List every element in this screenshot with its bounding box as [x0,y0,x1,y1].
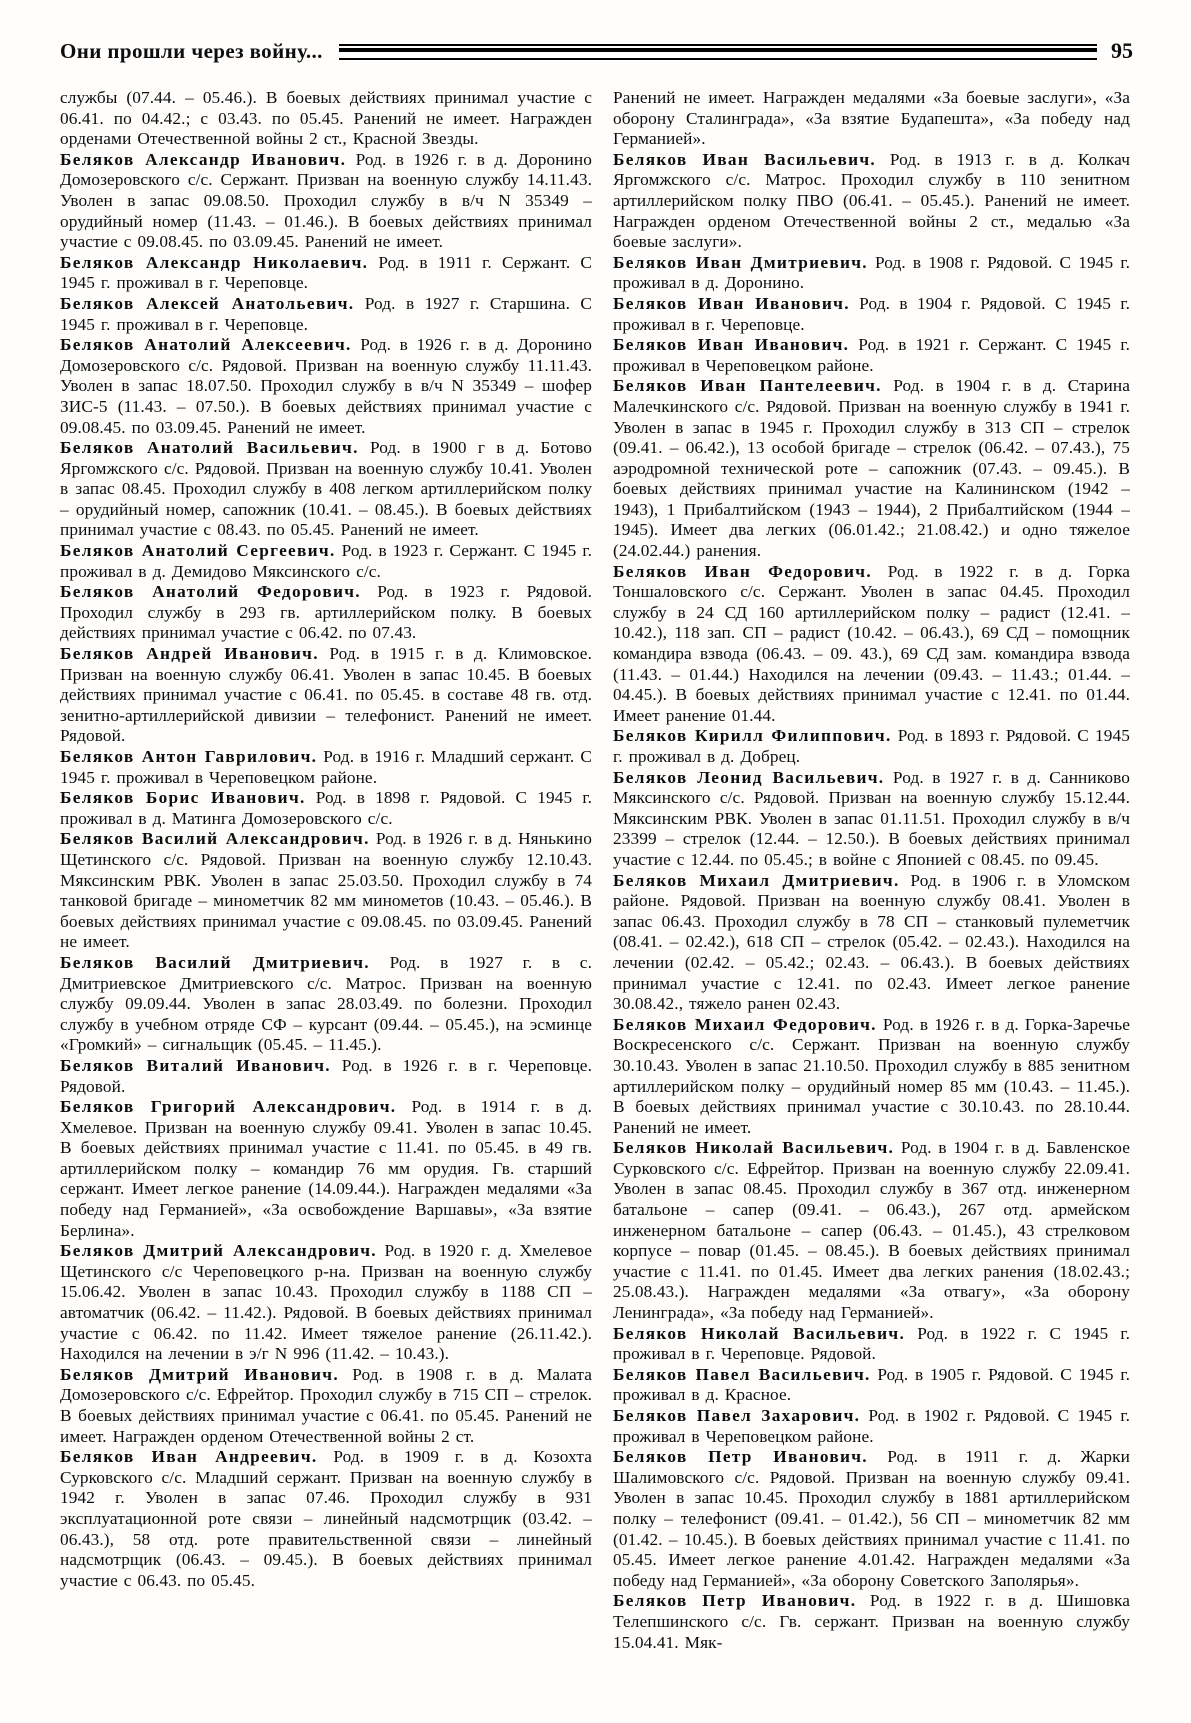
veteran-entry: Беляков Антон Гаврилович. Род. в 1916 г.… [60,747,592,788]
veteran-entry: Беляков Иван Федорович. Род. в 1922 г. в… [613,562,1130,727]
veteran-entry: Беляков Виталий Иванович. Род. в 1926 г.… [60,1056,592,1097]
veteran-entry: Беляков Михаил Федорович. Род. в 1926 г.… [613,1015,1130,1139]
veteran-name: Беляков Василий Александрович. [60,829,370,848]
veteran-entry: Беляков Алексей Анатольевич. Род. в 1927… [60,294,592,335]
veteran-entry: Ранений не имеет. Награжден медалями «За… [613,88,1130,150]
veteran-name: Беляков Борис Иванович. [60,788,306,807]
veteran-entry: Беляков Иван Андреевич. Род. в 1909 г. в… [60,1447,592,1591]
veteran-name: Беляков Иван Иванович. [613,335,849,354]
veteran-name: Беляков Павел Захарович. [613,1406,860,1425]
veteran-entry: Беляков Василий Александрович. Род. в 19… [60,829,592,953]
text-body: службы (07.44. – 05.46.). В боевых дейст… [60,88,1130,1653]
veteran-entry: Беляков Григорий Александрович. Род. в 1… [60,1097,592,1241]
veteran-name: Беляков Николай Васильевич. [613,1324,905,1343]
veteran-name: Беляков Леонид Васильевич. [613,768,884,787]
veteran-entry: Беляков Кирилл Филиппович. Род. в 1893 г… [613,726,1130,767]
running-title: Они прошли через войну... [60,39,323,64]
veteran-name: Беляков Иван Андреевич. [60,1447,318,1466]
veteran-name: Беляков Анатолий Васильевич. [60,438,359,457]
veteran-entry: Беляков Дмитрий Иванович. Род. в 1908 г.… [60,1365,592,1447]
veteran-name: Беляков Василий Дмитриевич. [60,953,370,972]
veteran-entry: Беляков Иван Васильевич. Род. в 1913 г. … [613,150,1130,253]
veteran-name: Беляков Анатолий Федорович. [60,582,361,601]
veteran-entry: Беляков Анатолий Васильевич. Род. в 1900… [60,438,592,541]
veteran-name: Беляков Иван Пантелеевич. [613,376,882,395]
veteran-name: Беляков Иван Иванович. [613,294,850,313]
veteran-entry: Беляков Павел Васильевич. Род. в 1905 г.… [613,1365,1130,1406]
veteran-entry: Беляков Павел Захарович. Род. в 1902 г. … [613,1406,1130,1447]
book-page: Они прошли через войну... 95 службы (07.… [0,0,1191,1723]
veteran-name: Беляков Петр Иванович. [613,1591,856,1610]
column-right: Ранений не имеет. Награжден медалями «За… [613,88,1130,1653]
veteran-entry: Беляков Леонид Васильевич. Род. в 1927 г… [613,768,1130,871]
veteran-name: Беляков Михаил Дмитриевич. [613,871,900,890]
veteran-entry: Беляков Анатолий Федорович. Род. в 1923 … [60,582,592,644]
veteran-entry: Беляков Иван Дмитриевич. Род. в 1908 г. … [613,253,1130,294]
veteran-name: Беляков Петр Иванович. [613,1447,868,1466]
veteran-entry: Беляков Михаил Дмитриевич. Род. в 1906 г… [613,871,1130,1015]
veteran-entry: Беляков Дмитрий Александрович. Род. в 19… [60,1241,592,1365]
veteran-name: Беляков Анатолий Сергеевич. [60,541,336,560]
veteran-name: Беляков Павел Васильевич. [613,1365,871,1384]
veteran-name: Беляков Николай Васильевич. [613,1138,894,1157]
veteran-name: Беляков Иван Федорович. [613,562,872,581]
veteran-entry: Беляков Василий Дмитриевич. Род. в 1927 … [60,953,592,1056]
header-rule [339,44,1097,60]
veteran-entry: Беляков Николай Васильевич. Род. в 1922 … [613,1324,1130,1365]
veteran-name: Беляков Дмитрий Иванович. [60,1365,339,1384]
veteran-name: Беляков Кирилл Филиппович. [613,726,892,745]
veteran-name: Беляков Иван Дмитриевич. [613,253,868,272]
veteran-entry: Беляков Андрей Иванович. Род. в 1915 г. … [60,644,592,747]
veteran-name: Беляков Андрей Иванович. [60,644,319,663]
veteran-name: Беляков Алексей Анатольевич. [60,294,354,313]
veteran-name: Беляков Александр Николаевич. [60,253,368,272]
veteran-name: Беляков Михаил Федорович. [613,1015,877,1034]
page-header: Они прошли через войну... 95 [60,38,1133,64]
veteran-name: Беляков Григорий Александрович. [60,1097,396,1116]
veteran-entry: Беляков Петр Иванович. Род. в 1911 г. д.… [613,1447,1130,1591]
page-number: 95 [1111,38,1133,64]
veteran-entry: Беляков Иван Иванович. Род. в 1921 г. Се… [613,335,1130,376]
veteran-entry: Беляков Петр Иванович. Род. в 1922 г. в … [613,1591,1130,1653]
veteran-entry: Беляков Николай Васильевич. Род. в 1904 … [613,1138,1130,1323]
veteran-name: Беляков Дмитрий Александрович. [60,1241,377,1260]
veteran-entry: Беляков Анатолий Алексеевич. Род. в 1926… [60,335,592,438]
veteran-entry: Беляков Александр Николаевич. Род. в 191… [60,253,592,294]
column-left: службы (07.44. – 05.46.). В боевых дейст… [60,88,592,1653]
veteran-name: Беляков Анатолий Алексеевич. [60,335,352,354]
veteran-name: Беляков Виталий Иванович. [60,1056,331,1075]
veteran-entry: Беляков Александр Иванович. Род. в 1926 … [60,150,592,253]
veteran-entry: Беляков Иван Пантелеевич. Род. в 1904 г.… [613,376,1130,561]
veteran-entry: Беляков Анатолий Сергеевич. Род. в 1923 … [60,541,592,582]
veteran-name: Беляков Александр Иванович. [60,150,346,169]
veteran-name: Беляков Антон Гаврилович. [60,747,317,766]
veteran-name: Беляков Иван Васильевич. [613,150,876,169]
veteran-entry: Беляков Иван Иванович. Род. в 1904 г. Ря… [613,294,1130,335]
veteran-entry: службы (07.44. – 05.46.). В боевых дейст… [60,88,592,150]
veteran-entry: Беляков Борис Иванович. Род. в 1898 г. Р… [60,788,592,829]
